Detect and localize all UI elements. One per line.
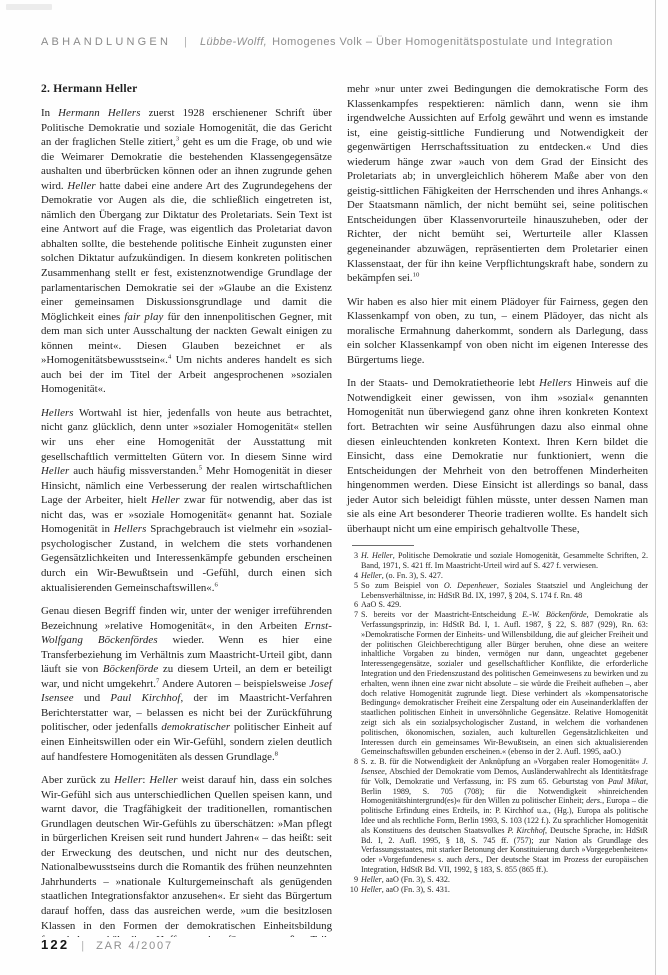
footnote: 4Heller, (o. Fn. 3), S. 427. (347, 571, 648, 581)
footnote-number: 10 (347, 885, 358, 895)
footnote: 7S. bereits vor der Maastricht-Entscheid… (347, 610, 648, 757)
footnote: 10Heller, aaO (Fn. 3), S. 431. (347, 885, 648, 895)
scan-artifact (6, 4, 52, 10)
footnote-block: 3H. Heller, Politische Demokratie und so… (347, 545, 648, 894)
left-column: 2. Hermann Heller In Hermann Hellers zue… (41, 82, 332, 937)
section-heading: 2. Hermann Heller (41, 82, 332, 95)
footnote-list: 3H. Heller, Politische Demokratie und so… (347, 551, 648, 894)
footer-divider: | (81, 940, 84, 952)
page-edge-rule (655, 0, 656, 975)
journal-issue-label: ZAR 4/2007 (96, 940, 173, 952)
two-column-text: 2. Hermann Heller In Hermann Hellers zue… (41, 82, 648, 937)
header-divider: | (184, 36, 187, 48)
paragraph: mehr »nur unter zwei Bedingungen die dem… (347, 82, 648, 286)
page-footer: 122 | ZAR 4/2007 (41, 937, 173, 952)
paragraph: Wir haben es also hier mit einem Plädoye… (347, 295, 648, 368)
paragraph: Genau diesen Begriff finden wir, unter d… (41, 604, 332, 764)
footnote-number: 5 (347, 581, 358, 591)
footnote: 9Heller, aaO (Fn. 3), S. 432. (347, 875, 648, 885)
header-article-title: Homogenes Volk – Über Homogenitätspostul… (272, 36, 613, 48)
paragraph: In Hermann Hellers zuerst 1928 erschiene… (41, 106, 332, 397)
footnote-separator-rule (352, 545, 414, 546)
footnote-number: 8 (347, 757, 358, 767)
footnote-number: 4 (347, 571, 358, 581)
footnote: 5So zum Beispiel von O. Depenheuer, Sozi… (347, 581, 648, 601)
page-number: 122 (41, 937, 69, 952)
right-column: mehr »nur unter zwei Bedingungen die dem… (347, 82, 648, 937)
footnote-number: 6 (347, 600, 358, 610)
running-head: ABHANDLUNGEN | Lübbe-Wolff, Homogenes Vo… (41, 36, 638, 48)
paragraph: Aber zurück zu Heller: Heller weist dara… (41, 773, 332, 937)
right-column-paragraphs: mehr »nur unter zwei Bedingungen die dem… (347, 82, 648, 536)
paragraph: In der Staats- und Demokratietheorie leb… (347, 376, 648, 536)
section-label: ABHANDLUNGEN (41, 36, 171, 48)
paragraph: Hellers Wortwahl ist hier, jedenfalls vo… (41, 406, 332, 595)
left-column-paragraphs: In Hermann Hellers zuerst 1928 erschiene… (41, 106, 332, 937)
footnote-number: 7 (347, 610, 358, 620)
footnote-number: 9 (347, 875, 358, 885)
footnote: 3H. Heller, Politische Demokratie und so… (347, 551, 648, 571)
journal-page: ABHANDLUNGEN | Lübbe-Wolff, Homogenes Vo… (0, 0, 668, 975)
footnote: 8S. z. B. für die Notwendigkeit der Ankn… (347, 757, 648, 875)
header-author: Lübbe-Wolff, (200, 36, 267, 48)
footnote-number: 3 (347, 551, 358, 561)
footnote: 6AaO S. 429. (347, 600, 648, 610)
